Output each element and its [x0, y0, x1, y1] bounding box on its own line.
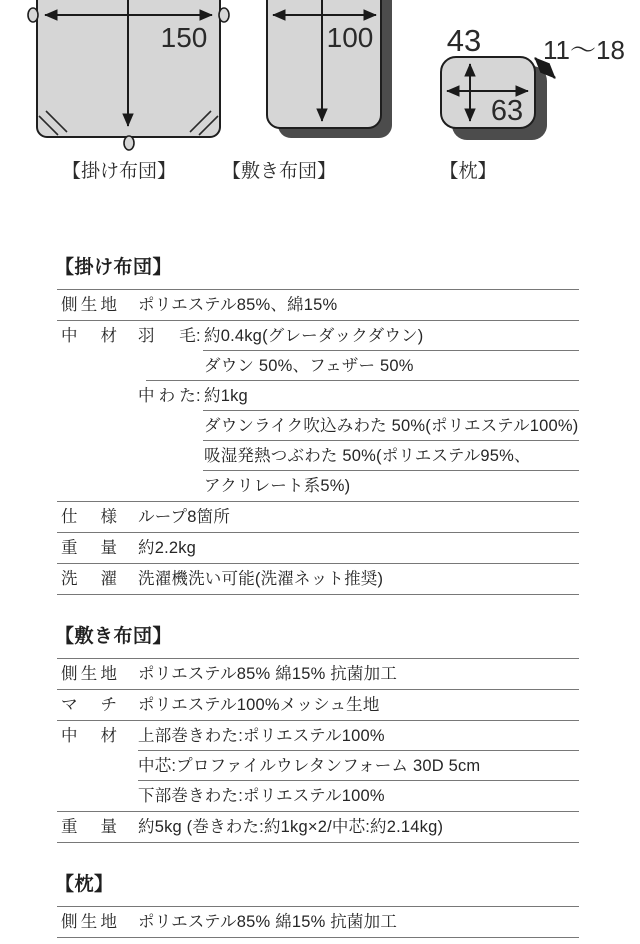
row-label-char: 洗 — [61, 564, 78, 594]
row-label-char: 地 — [101, 907, 118, 937]
kakefuton-caption: 【掛け布団】 — [62, 160, 176, 182]
row-line: ダウン 50%、フェザー 50% — [138, 351, 579, 381]
row-label: 中材 — [61, 321, 117, 351]
sub-label-char: た — [179, 381, 196, 411]
row-label-char: 生 — [81, 907, 98, 937]
row-line: 下部巻きわた:ポリエステル100% — [138, 781, 579, 811]
row-label-char: 生 — [81, 290, 98, 320]
spec-row: 側生地ポリエステル85% 綿15% 抗菌加工 — [57, 907, 579, 938]
sub-label: 中わた — [138, 381, 196, 411]
row-line: 羽毛:約0.4kg(グレーダックダウン) — [138, 321, 579, 351]
row-label: 仕様 — [61, 502, 117, 532]
spec-tables: 【掛け布団】側生地ポリエステル85%、綿15%中材羽毛:約0.4kg(グレーダッ… — [0, 256, 640, 938]
row-line: 上部巻きわた:ポリエステル100% — [138, 721, 579, 751]
spec-row: 中材上部巻きわた:ポリエステル100%中芯:プロファイルウレタンフォーム 30D… — [57, 721, 579, 812]
row-line: ポリエステル85%、綿15% — [138, 290, 579, 320]
row-label-char: 側 — [61, 659, 78, 689]
shikifuton-diagram: 100 — [267, 0, 392, 138]
line-text: 中芯:プロファイルウレタンフォーム 30D 5cm — [138, 757, 480, 775]
line-text: 約2.2kg — [138, 539, 196, 557]
row-line: ループ8箇所 — [138, 502, 579, 532]
makura-width-label: 63 — [491, 95, 523, 127]
line-text: ポリエステル85%、綿15% — [138, 296, 337, 314]
row-label: 重量 — [61, 812, 117, 842]
row-label: 側生地 — [61, 659, 117, 689]
spec-row: 中材羽毛:約0.4kg(グレーダックダウン)ダウン 50%、フェザー 50%中わ… — [57, 321, 579, 502]
row-label-char: 重 — [61, 812, 78, 842]
shikifuton-width-label: 100 — [327, 22, 374, 53]
row-label-char: マ — [61, 690, 78, 720]
row-line: 中わた:約1kg — [138, 381, 579, 411]
row-label-char: 仕 — [61, 502, 78, 532]
sub-label-char: 毛 — [179, 321, 196, 351]
sub-label-char: 中 — [138, 381, 155, 411]
row-label-char: チ — [101, 690, 118, 720]
spec-row: 重量約2.2kg — [57, 533, 579, 564]
line-text: アクリレート系5%) — [204, 477, 350, 495]
line-text: ポリエステル85% 綿15% 抗菌加工 — [138, 665, 397, 683]
row-value: 上部巻きわた:ポリエステル100%中芯:プロファイルウレタンフォーム 30D 5… — [138, 721, 579, 811]
row-line: ダウンライク吹込みわた 50%(ポリエステル100%) — [138, 411, 579, 441]
row-line: ポリエステル100%メッシュ生地 — [138, 690, 579, 720]
kakefuton-width-label: 150 — [161, 22, 208, 53]
row-label: マチ — [61, 690, 117, 720]
row-line: アクリレート系5%) — [138, 471, 579, 501]
row-line: 中芯:プロファイルウレタンフォーム 30D 5cm — [138, 751, 579, 781]
row-label: 側生地 — [61, 907, 117, 937]
spec-row: 洗濯洗濯機洗い可能(洗濯ネット推奨) — [57, 564, 579, 595]
kakefuton-diagram: 150 — [28, 0, 229, 150]
sub-label-colon: : — [196, 321, 204, 351]
spec-table: 側生地ポリエステル85%、綿15%中材羽毛:約0.4kg(グレーダックダウン)ダ… — [57, 289, 579, 595]
row-value: 羽毛:約0.4kg(グレーダックダウン)ダウン 50%、フェザー 50%中わた:… — [138, 321, 579, 501]
line-text: 約0.4kg(グレーダックダウン) — [204, 327, 423, 345]
row-label: 重量 — [61, 533, 117, 563]
row-label-char: 中 — [61, 321, 78, 351]
line-text: 下部巻きわた:ポリエステル100% — [138, 787, 385, 805]
spec-row: 側生地ポリエステル85% 綿15% 抗菌加工 — [57, 659, 579, 690]
loop-right — [219, 8, 229, 22]
sub-label-char: わ — [159, 381, 176, 411]
spec-row: 重量約5kg (巻きわた:約1kg×2/中芯:約2.14kg) — [57, 812, 579, 843]
row-value: ループ8箇所 — [138, 502, 579, 532]
row-label-char: 重 — [61, 533, 78, 563]
row-value: ポリエステル100%メッシュ生地 — [138, 690, 579, 720]
row-value: 約5kg (巻きわた:約1kg×2/中芯:約2.14kg) — [138, 812, 579, 842]
spec-table: 側生地ポリエステル85% 綿15% 抗菌加工マチポリエステル100%メッシュ生地… — [57, 658, 579, 843]
row-label-char: 生 — [81, 659, 98, 689]
row-label: 中材 — [61, 721, 117, 751]
spec-section: 【敷き布団】側生地ポリエステル85% 綿15% 抗菌加工マチポリエステル100%… — [57, 625, 579, 843]
size-diagrams: 150 100 43 63 11〜18 【掛 — [0, 0, 640, 200]
spec-row: マチポリエステル100%メッシュ生地 — [57, 690, 579, 721]
sub-label-char: 羽 — [138, 321, 155, 351]
row-line: 洗濯機洗い可能(洗濯ネット推奨) — [138, 564, 579, 594]
row-label-char: 側 — [61, 907, 78, 937]
sub-label: 羽毛 — [138, 321, 196, 351]
line-text: 洗濯機洗い可能(洗濯ネット推奨) — [138, 570, 383, 588]
line-text: 約1kg — [204, 387, 248, 405]
loop-left — [28, 8, 38, 22]
spec-row: 側生地ポリエステル85%、綿15% — [57, 290, 579, 321]
spec-table: 側生地ポリエステル85% 綿15% 抗菌加工 — [57, 906, 579, 938]
loop-bottom — [124, 136, 134, 150]
section-title: 【敷き布団】 — [55, 625, 579, 649]
spec-row: 仕様ループ8箇所 — [57, 502, 579, 533]
row-label-char: 材 — [101, 721, 118, 751]
row-value: ポリエステル85% 綿15% 抗菌加工 — [138, 659, 579, 689]
row-label-char: 地 — [101, 290, 118, 320]
line-text: 約5kg (巻きわた:約1kg×2/中芯:約2.14kg) — [138, 818, 443, 836]
row-line: ポリエステル85% 綿15% 抗菌加工 — [138, 907, 579, 937]
shikifuton-shape — [267, 0, 381, 128]
makura-depth-label: 11〜18 — [543, 35, 625, 65]
row-label-char: 中 — [61, 721, 78, 751]
row-value: 約2.2kg — [138, 533, 579, 563]
line-text: ポリエステル100%メッシュ生地 — [138, 696, 380, 714]
row-line: 吸湿発熱つぶわた 50%(ポリエステル95%、 — [138, 441, 579, 471]
makura-caption: 【枕】 — [439, 160, 496, 182]
row-label-char: 量 — [101, 533, 118, 563]
makura-height-label: 43 — [447, 23, 481, 58]
row-label-char: 様 — [101, 502, 118, 532]
row-label-char: 材 — [101, 321, 118, 351]
row-line: ポリエステル85% 綿15% 抗菌加工 — [138, 659, 579, 689]
spec-section: 【掛け布団】側生地ポリエステル85%、綿15%中材羽毛:約0.4kg(グレーダッ… — [57, 256, 579, 595]
shikifuton-caption: 【敷き布団】 — [222, 160, 336, 182]
row-label-char: 地 — [101, 659, 118, 689]
section-title: 【枕】 — [55, 873, 579, 897]
product-spec-page: 150 100 43 63 11〜18 【掛 — [0, 0, 640, 944]
line-text: ループ8箇所 — [138, 508, 230, 526]
size-diagram-svg: 150 100 43 63 11〜18 【掛 — [0, 0, 640, 200]
line-text: 吸湿発熱つぶわた 50%(ポリエステル95%、 — [204, 447, 531, 465]
spec-section: 【枕】側生地ポリエステル85% 綿15% 抗菌加工 — [57, 873, 579, 938]
row-label: 洗濯 — [61, 564, 117, 594]
row-line: 約2.2kg — [138, 533, 579, 563]
row-value: 洗濯機洗い可能(洗濯ネット推奨) — [138, 564, 579, 594]
row-line: 約5kg (巻きわた:約1kg×2/中芯:約2.14kg) — [138, 812, 579, 842]
line-text: ダウンライク吹込みわた 50%(ポリエステル100%) — [204, 417, 578, 435]
section-title: 【掛け布団】 — [55, 256, 579, 280]
line-text: ダウン 50%、フェザー 50% — [204, 357, 414, 375]
row-label: 側生地 — [61, 290, 117, 320]
row-label-char: 量 — [101, 812, 118, 842]
row-value: ポリエステル85% 綿15% 抗菌加工 — [138, 907, 579, 937]
line-text: ポリエステル85% 綿15% 抗菌加工 — [138, 913, 397, 931]
row-label-char: 濯 — [101, 564, 118, 594]
sub-label-colon: : — [196, 381, 204, 411]
line-text: 上部巻きわた:ポリエステル100% — [138, 727, 385, 745]
makura-diagram: 43 63 11〜18 — [441, 23, 625, 140]
row-label-char: 側 — [61, 290, 78, 320]
row-value: ポリエステル85%、綿15% — [138, 290, 579, 320]
